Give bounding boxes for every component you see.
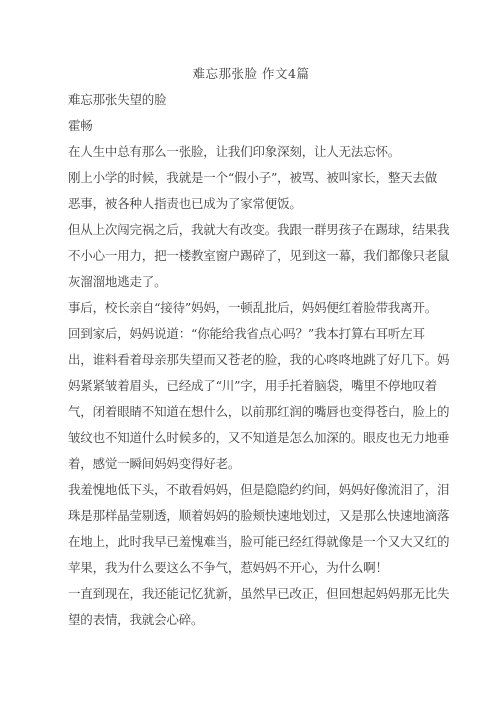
document-page: 难忘那张脸 作文4篇 难忘那张失望的脸 霍畅 在人生中总有那么一张脸，让我们印象… — [0, 0, 500, 707]
essay-line: 妈紧紧皱着眉头，已经成了“川”字，用手托着脑袋，嘴里不停地叹着 — [68, 373, 434, 399]
essay-line: 苹果，我为什么要这么不争气，惹妈妈不开心，为什么啊！ — [68, 555, 434, 581]
essay-heading: 难忘那张失望的脸 — [68, 87, 434, 113]
essay-line: 在地上，此时我早已羞愧难当，脸可能已经红得就像是一个又大又红的 — [68, 529, 434, 555]
essay-line: 着，感觉一瞬间妈妈变得好老。 — [68, 451, 434, 477]
essay-line: 望的表情，我就会心碎。 — [68, 607, 434, 633]
essay-author: 霍畅 — [68, 113, 434, 139]
essay-line: 气，闭着眼睛不知道在想什么，以前那红润的嘴唇也变得苍白，脸上的 — [68, 399, 434, 425]
essay-line: 一直到现在，我还能记忆犹新，虽然早已改正，但回想起妈妈那无比失 — [68, 581, 434, 607]
essay-line: 事后，校长亲自“接待”妈妈，一顿乱批后，妈妈便红着脸带我离开。 — [68, 295, 434, 321]
essay-line: 在人生中总有那么一张脸，让我们印象深刻，让人无法忘怀。 — [68, 139, 434, 165]
essay-line: 不小心一用力，把一楼教室窗户踢碎了，见到这一幕，我们都像只老鼠 — [68, 243, 434, 269]
essay-line: 皱纹也不知道什么时候多的，又不知道是怎么加深的。眼皮也无力地垂 — [68, 425, 434, 451]
essay-line: 恶事，被各种人指责也已成为了家常便饭。 — [68, 191, 434, 217]
essay-line: 珠是那样晶莹剔透，顺着妈妈的脸颊快速地划过，又是那么快速地滴落 — [68, 503, 434, 529]
essay-line: 刚上小学的时候，我就是一个“假小子”，被骂、被叫家长，整天去做 — [68, 165, 434, 191]
essay-line: 回到家后，妈妈说道：“你能给我省点心吗？”我本打算右耳听左耳 — [68, 321, 434, 347]
essay-line: 我羞愧地低下头，不敢看妈妈，但是隐隐约约间，妈妈好像流泪了，泪 — [68, 477, 434, 503]
essay-line: 但从上次闯完祸之后，我就大有改变。我跟一群男孩子在踢球，结果我 — [68, 217, 434, 243]
essay-collection-title: 难忘那张脸 作文4篇 — [68, 61, 434, 87]
essay-line: 灰溜溜地逃走了。 — [68, 269, 434, 295]
essay-line: 出，谁料看着母亲那失望而又苍老的脸，我的心咚咚地跳了好几下。妈 — [68, 347, 434, 373]
